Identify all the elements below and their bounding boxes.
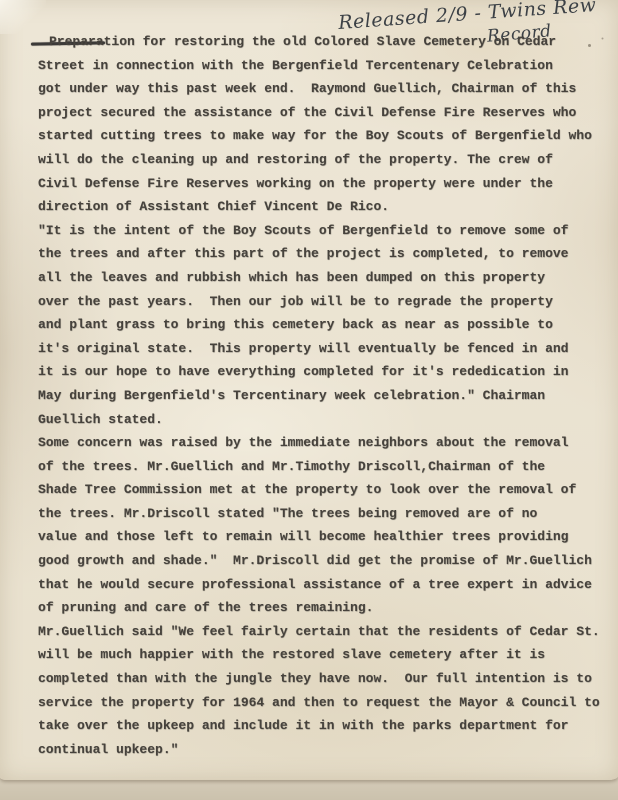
- typed-line: Shade Tree Commission met at the propert…: [38, 478, 604, 502]
- typed-line: the trees and after this part of the pro…: [38, 242, 604, 266]
- handwritten-release-note: Released 2/9 - Twins Rew: [338, 0, 598, 34]
- typed-line: it's original state. This property will …: [38, 337, 604, 361]
- typed-line: of the trees. Mr.Guellich and Mr.Timothy…: [38, 455, 604, 479]
- typed-line: started cutting trees to make way for th…: [38, 124, 604, 148]
- typed-line: Some concern was raised by the immediate…: [38, 431, 604, 455]
- typed-line: continual upkeep.": [38, 738, 604, 762]
- typed-lines: Preparation for restoring the old Colore…: [38, 30, 604, 761]
- typed-line: will do the cleaning up and restoring of…: [38, 148, 604, 172]
- typed-line: May during Bergenfield's Tercentinary we…: [38, 384, 604, 408]
- typed-line: good growth and shade." Mr.Driscoll did …: [38, 549, 604, 573]
- typed-line: will be much happier with the restored s…: [38, 643, 604, 667]
- typed-line: direction of Assistant Chief Vincent De …: [38, 195, 604, 219]
- typed-line: take over the upkeep and include it in w…: [38, 714, 604, 738]
- typed-line: got under way this past week end. Raymon…: [38, 77, 604, 101]
- paper-page: Released 2/9 - Twins Rew Record Preparat…: [0, 0, 618, 780]
- typed-line: value and those left to remain will beco…: [38, 525, 604, 549]
- typed-line: Mr.Guellich said "We feel fairly certain…: [38, 620, 604, 644]
- paper-corner-fold: [0, 0, 46, 34]
- typed-line: "It is the intent of the Boy Scouts of B…: [38, 219, 604, 243]
- typed-line: and plant grass to bring this cemetery b…: [38, 313, 604, 337]
- typed-line: Street in connection with the Bergenfiel…: [38, 54, 604, 78]
- typed-line: service the property for 1964 and then t…: [38, 691, 604, 715]
- typed-line: the trees. Mr.Driscoll stated "The trees…: [38, 502, 604, 526]
- scanned-document: { "document": { "type": "typewritten pre…: [0, 0, 618, 800]
- typed-line: project secured the assistance of the Ci…: [38, 101, 604, 125]
- typed-line: Guellich stated.: [38, 408, 604, 432]
- typed-line: Preparation for restoring the old Colore…: [38, 30, 604, 54]
- typed-line: of pruning and care of the trees remaini…: [38, 596, 604, 620]
- typed-line: completed than with the jungle they have…: [38, 667, 604, 691]
- typed-line: it is our hope to have everything comple…: [38, 360, 604, 384]
- typed-line: Civil Defense Fire Reserves working on t…: [38, 172, 604, 196]
- typed-line: that he would secure professional assist…: [38, 573, 604, 597]
- typed-line: over the past years. Then our job will b…: [38, 290, 604, 314]
- typed-line: all the leaves and rubbish which has bee…: [38, 266, 604, 290]
